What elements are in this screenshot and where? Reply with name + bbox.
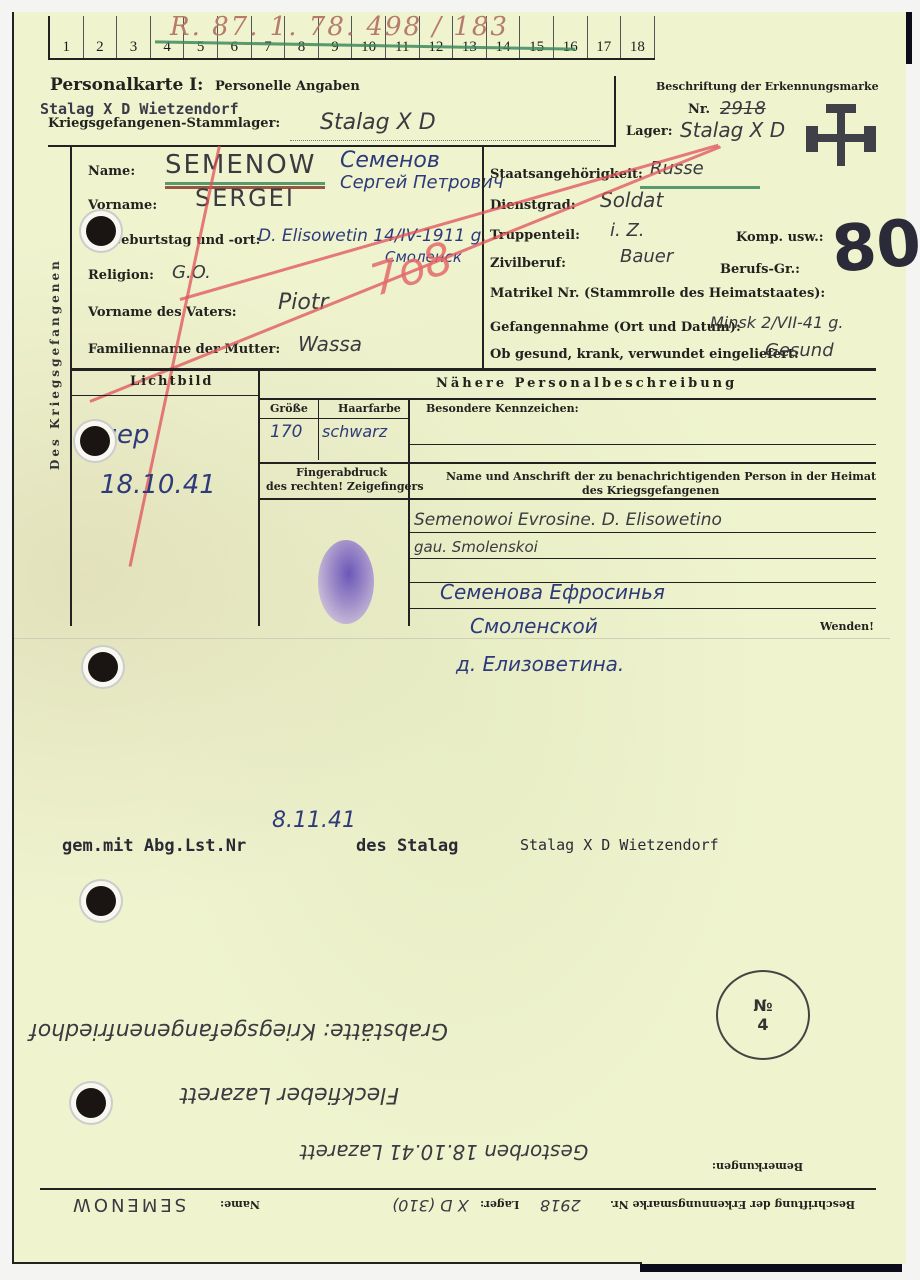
vater-value: Piotr: [278, 290, 329, 315]
number-circle-stamp: № 4: [716, 970, 810, 1060]
divider: [258, 398, 876, 400]
reverse-remark-3: Grabstätte: Kriegsgefangenenfriedhof: [30, 1018, 448, 1043]
tag-nr-value: 2918: [720, 98, 766, 119]
transfer-date: 8.11.41: [272, 808, 356, 833]
circle-stamp-number: 4: [757, 1015, 768, 1034]
contact-line: Семенова Ефросинья: [440, 580, 665, 604]
divider: [48, 145, 616, 147]
mutter-value: Wassa: [298, 332, 362, 356]
groesse-label: Größe: [270, 402, 308, 415]
komp-label: Komp. usw.:: [736, 230, 824, 245]
vorname-label: Vorname:: [88, 198, 157, 213]
mutter-label: Familienname der Mutter:: [88, 342, 280, 357]
tag-lager-label: Lager:: [626, 124, 673, 139]
matrikel-label: Matrikel Nr. (Stammrolle des Heimatstaat…: [490, 286, 825, 301]
reverse-remark-1: Gestorben 18.10.41 Lazarett: [300, 1140, 588, 1164]
zivilberuf-label: Zivilberuf:: [490, 256, 566, 271]
divider: [40, 1188, 876, 1190]
fingerprint-label-2: des rechten! Zeigefingers: [266, 480, 424, 493]
ruler-cell: 1: [50, 16, 84, 58]
ruler-cell: 15: [520, 16, 554, 58]
divider: [70, 146, 72, 626]
gesund-label: Ob gesund, krank, verwundet eingeliefert…: [490, 347, 799, 362]
divider: [482, 146, 484, 368]
reverse-remark-2: Fleckfieber Lazarett: [180, 1082, 399, 1107]
gesund-value: Gesund: [765, 340, 834, 361]
berufs-label: Berufs-Gr.:: [720, 262, 800, 277]
truppenteil-value: i. Z.: [610, 220, 645, 241]
ruler-cell: 3: [117, 16, 151, 58]
groesse-value: 170: [270, 422, 302, 442]
ruler-cell: 16: [554, 16, 588, 58]
divider: [410, 558, 876, 559]
fingerprint-image: [318, 540, 374, 624]
contact-line: Смоленской: [470, 614, 598, 638]
divider: [72, 368, 876, 371]
tag-heading: Beschriftung der Erkennungsmarke: [656, 80, 879, 93]
divider: [258, 462, 876, 464]
gefangen-value: Minsk 2/VII-41 g.: [710, 313, 844, 332]
divider: [614, 76, 616, 146]
ruler-cell: 2: [84, 16, 118, 58]
divider: [258, 498, 876, 500]
wenden-note: Wenden!: [820, 620, 874, 633]
ruler-handwritten-number: R. 87. 1. 78. 498 / 183: [170, 12, 509, 42]
contact-label-2: des Kriegsgefangenen: [582, 484, 719, 497]
reverse-bemerkungen-label: Bemerkungen:: [712, 1160, 803, 1173]
religion-label: Religion:: [88, 268, 154, 283]
camp-dotline: [290, 140, 600, 141]
fold-line: [14, 638, 890, 639]
divider: [408, 398, 410, 626]
card-title: Personalkarte I:: [50, 75, 203, 95]
divider: [410, 444, 876, 445]
reverse-footer-nr: 2918: [540, 1196, 581, 1215]
circle-stamp-symbol: №: [753, 996, 772, 1015]
geburt-label: Geburtstag und -ort:: [110, 233, 260, 248]
vater-label: Vorname des Vaters:: [88, 305, 237, 320]
transfer-stamp-right: Stalag X D Wietzendorf: [520, 836, 719, 854]
contact-line: Semenowoi Evrosine. D. Elisowetino: [414, 510, 722, 530]
tag-lager-value: Stalag X D: [680, 118, 785, 142]
divider: [258, 418, 408, 419]
side-label: Des Kriegsgefangenen: [48, 258, 62, 470]
name-value: SEMENOW: [165, 150, 316, 180]
description-heading: Nähere Personalbeschreibung: [436, 376, 737, 391]
green-underline: [640, 186, 760, 189]
punch-hole: [86, 886, 116, 916]
haarfarbe-value: schwarz: [322, 422, 387, 441]
gefangen-label: Gefangennahme (Ort und Datum):: [490, 320, 741, 335]
divider: [410, 608, 876, 609]
contact-label: Name und Anschrift der zu benachrichtige…: [446, 470, 876, 483]
divider: [72, 395, 258, 396]
zivilberuf-value: Bauer: [620, 246, 673, 267]
divider: [318, 398, 319, 460]
transfer-stamp-mid: des Stalag: [356, 836, 458, 856]
ruler-cell: 17: [588, 16, 622, 58]
card-subtitle: Personelle Angaben: [215, 79, 360, 94]
vorname-cyrillic: Сергей Петрович: [340, 172, 504, 193]
name-cyrillic: Семенов: [340, 148, 440, 173]
kennzeichen-label: Besondere Kennzeichen:: [426, 402, 579, 415]
punch-hole: [86, 216, 116, 246]
contact-line: д. Елизоветина.: [456, 652, 624, 676]
reverse-footer-label: Beschriftung der Erkennungsmarke Nr.: [610, 1198, 855, 1211]
fingerprint-label: Fingerabdruck: [296, 466, 387, 479]
transfer-stamp-left: gem.mit Abg.Lst.Nr: [62, 836, 246, 856]
reverse-footer-lager-label: Lager:: [480, 1198, 519, 1211]
camp-label: Kriegsgefangenen-Stammlager:: [48, 116, 280, 131]
reverse-footer-lager: X D (310): [392, 1196, 468, 1215]
berufs-value: 80: [829, 206, 920, 287]
photo-date: 18.10.41: [100, 470, 216, 500]
contact-line: gau. Smolenskoi: [414, 538, 538, 556]
punch-hole: [88, 652, 118, 682]
punch-hole: [80, 426, 110, 456]
punch-hole: [76, 1088, 106, 1118]
ruler-cell: 18: [621, 16, 655, 58]
reverse-footer-name-label: Name:: [220, 1198, 260, 1211]
name-label: Name:: [88, 164, 135, 179]
iron-cross-stamp-icon: [806, 104, 876, 166]
card-bottom-edge: [14, 1262, 642, 1264]
haarfarbe-label: Haarfarbe: [338, 402, 401, 415]
camp-value: Stalag X D: [320, 110, 436, 135]
photo-heading: Lichtbild: [130, 374, 214, 389]
reverse-footer-name: SEMENOW: [70, 1194, 186, 1215]
divider: [410, 532, 876, 533]
tag-nr-label: Nr.: [688, 102, 710, 117]
